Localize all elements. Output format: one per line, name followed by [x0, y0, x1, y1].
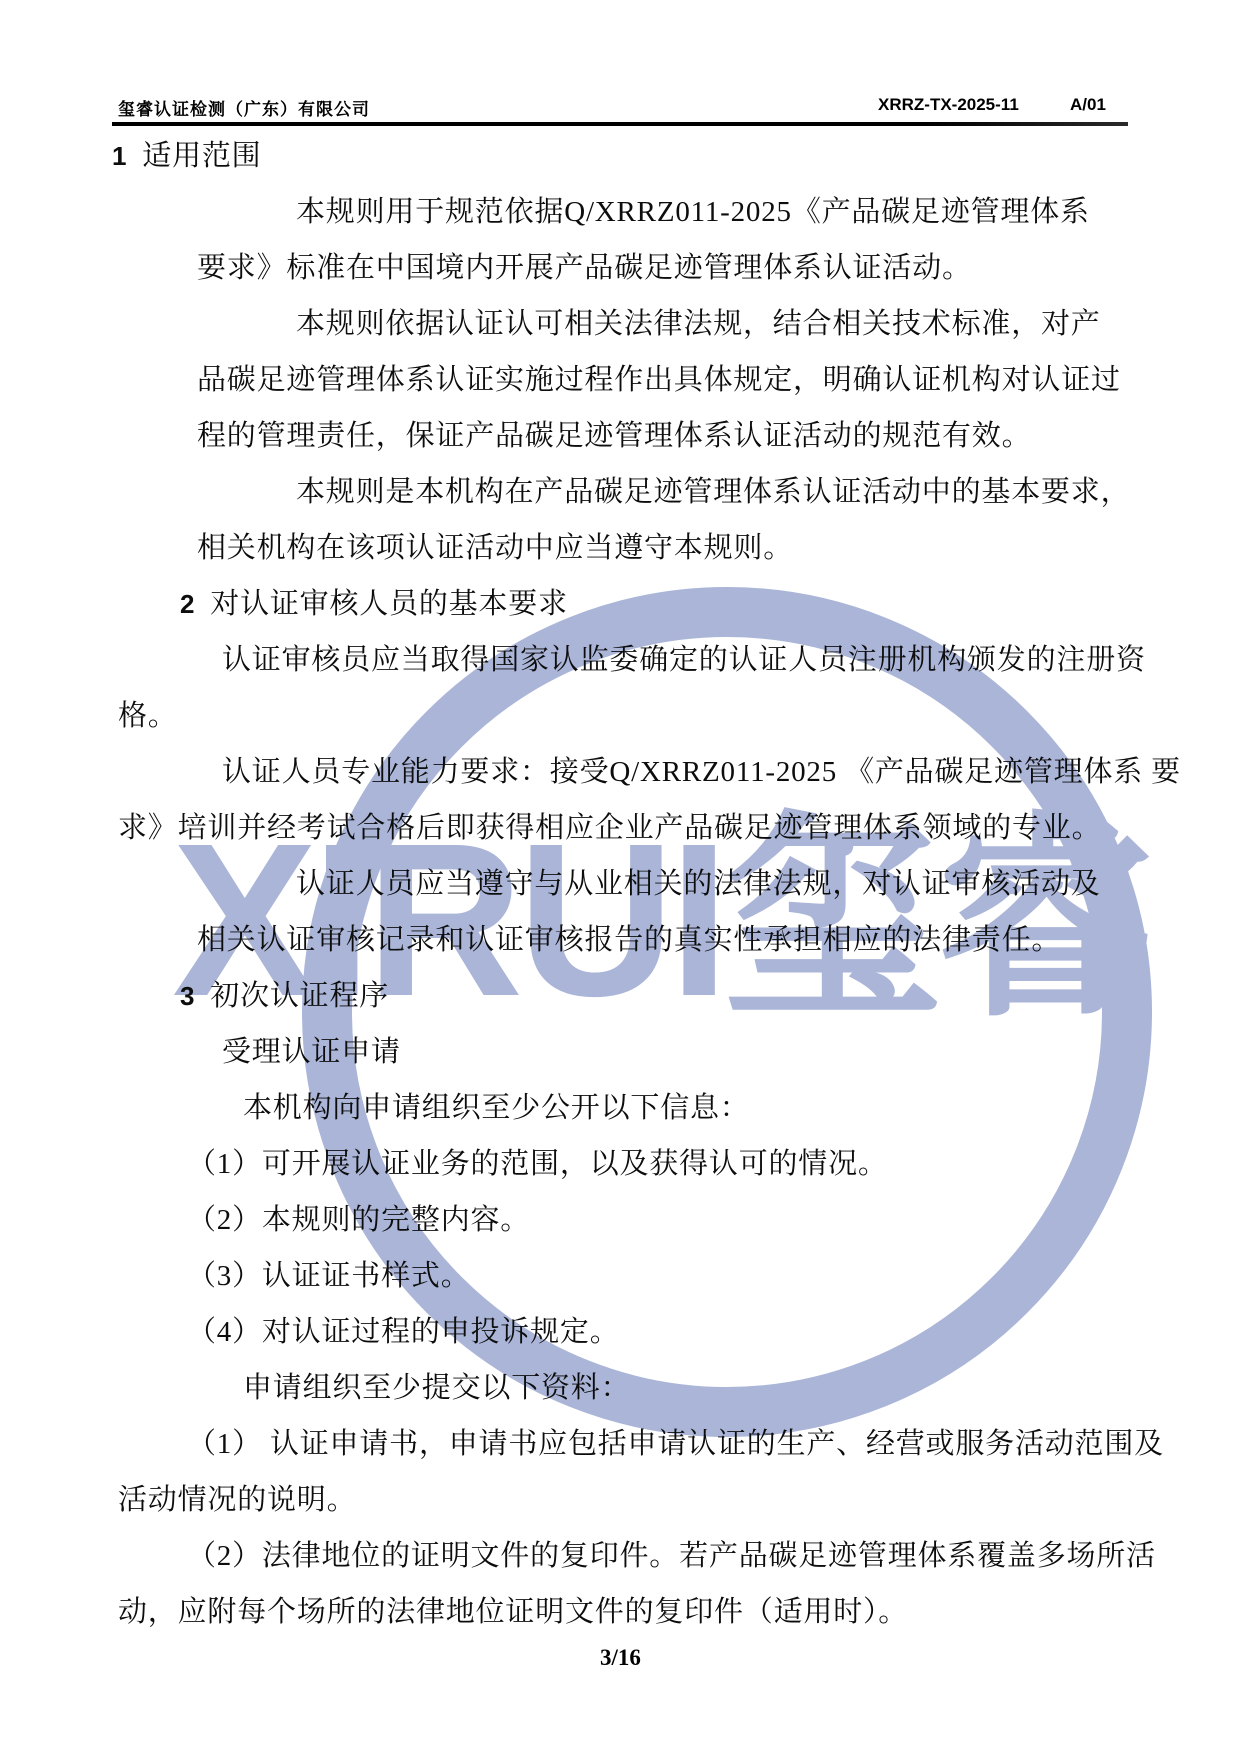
section-number: 2 [180, 589, 195, 619]
text-line: （1）可开展认证业务的范围，以及获得认可的情况。 [187, 1136, 888, 1192]
text-line: 活动情况的说明。 [118, 1472, 356, 1528]
text-line: （3）认证证书样式。 [187, 1248, 471, 1304]
text-line: （2）法律地位的证明文件的复印件。若产品碳足迹管理体系覆盖多场所活 [187, 1528, 1156, 1584]
document-body: 1适用范围本规则用于规范依据Q/XRRZ011-2025《产品碳足迹管理体系要求… [0, 0, 1241, 1755]
text-line: 本规则依据认证认可相关法律法规，结合相关技术标准，对产 [296, 296, 1101, 352]
document-page: 玺睿认证检测（广东）有限公司 XRRZ-TX-2025-11 A/01 XIRU… [0, 0, 1241, 1755]
section-heading: 2对认证审核人员的基本要求 [180, 576, 568, 632]
text-line: 认证人员专业能力要求：接受Q/XRRZ011-2025 《产品碳足迹管理体系 要 [222, 744, 1181, 800]
text-line: （4）对认证过程的申投诉规定。 [187, 1304, 620, 1360]
text-line: 认证人员应当遵守与从业相关的法律法规，对认证审核活动及 [296, 856, 1101, 912]
section-number: 1 [112, 141, 127, 171]
text-line: 本机构向申请组织至少公开以下信息： [243, 1080, 750, 1136]
text-line: 相关机构在该项认证活动中应当遵守本规则。 [197, 520, 793, 576]
page-footer: 3/16 [0, 1645, 1241, 1671]
text-line: 求》培训并经考试合格后即获得相应企业产品碳足迹管理体系领域的专业。 [118, 800, 1101, 856]
text-line: 程的管理责任，保证产品碳足迹管理体系认证活动的规范有效。 [197, 408, 1031, 464]
text-line: 动，应附每个场所的法律地位证明文件的复印件（适用时）。 [118, 1584, 908, 1640]
text-line: 申请组织至少提交以下资料： [243, 1360, 630, 1416]
text-line: 要求》标准在中国境内开展产品碳足迹管理体系认证活动。 [197, 240, 972, 296]
text-line: （1） 认证申请书，申请书应包括申请认证的生产、经营或服务活动范围及 [187, 1416, 1164, 1472]
section-number: 3 [180, 981, 195, 1011]
text-line: 本规则是本机构在产品碳足迹管理体系认证活动中的基本要求， [296, 464, 1130, 520]
section-heading: 1适用范围 [112, 128, 261, 184]
text-line: 认证审核员应当取得国家认监委确定的认证人员注册机构颁发的注册资 [222, 632, 1146, 688]
text-line: 本规则用于规范依据Q/XRRZ011-2025《产品碳足迹管理体系 [296, 184, 1090, 240]
text-line: 相关认证审核记录和认证审核报告的真实性承担相应的法律责任。 [197, 912, 1061, 968]
text-line: 受理认证申请 [222, 1024, 401, 1080]
page-number: 3/16 [600, 1645, 641, 1670]
text-line: （2）本规则的完整内容。 [187, 1192, 530, 1248]
text-line: 格。 [118, 688, 178, 744]
text-line: 品碳足迹管理体系认证实施过程作出具体规定，明确认证机构对认证过 [197, 352, 1121, 408]
section-heading: 3初次认证程序 [180, 968, 389, 1024]
